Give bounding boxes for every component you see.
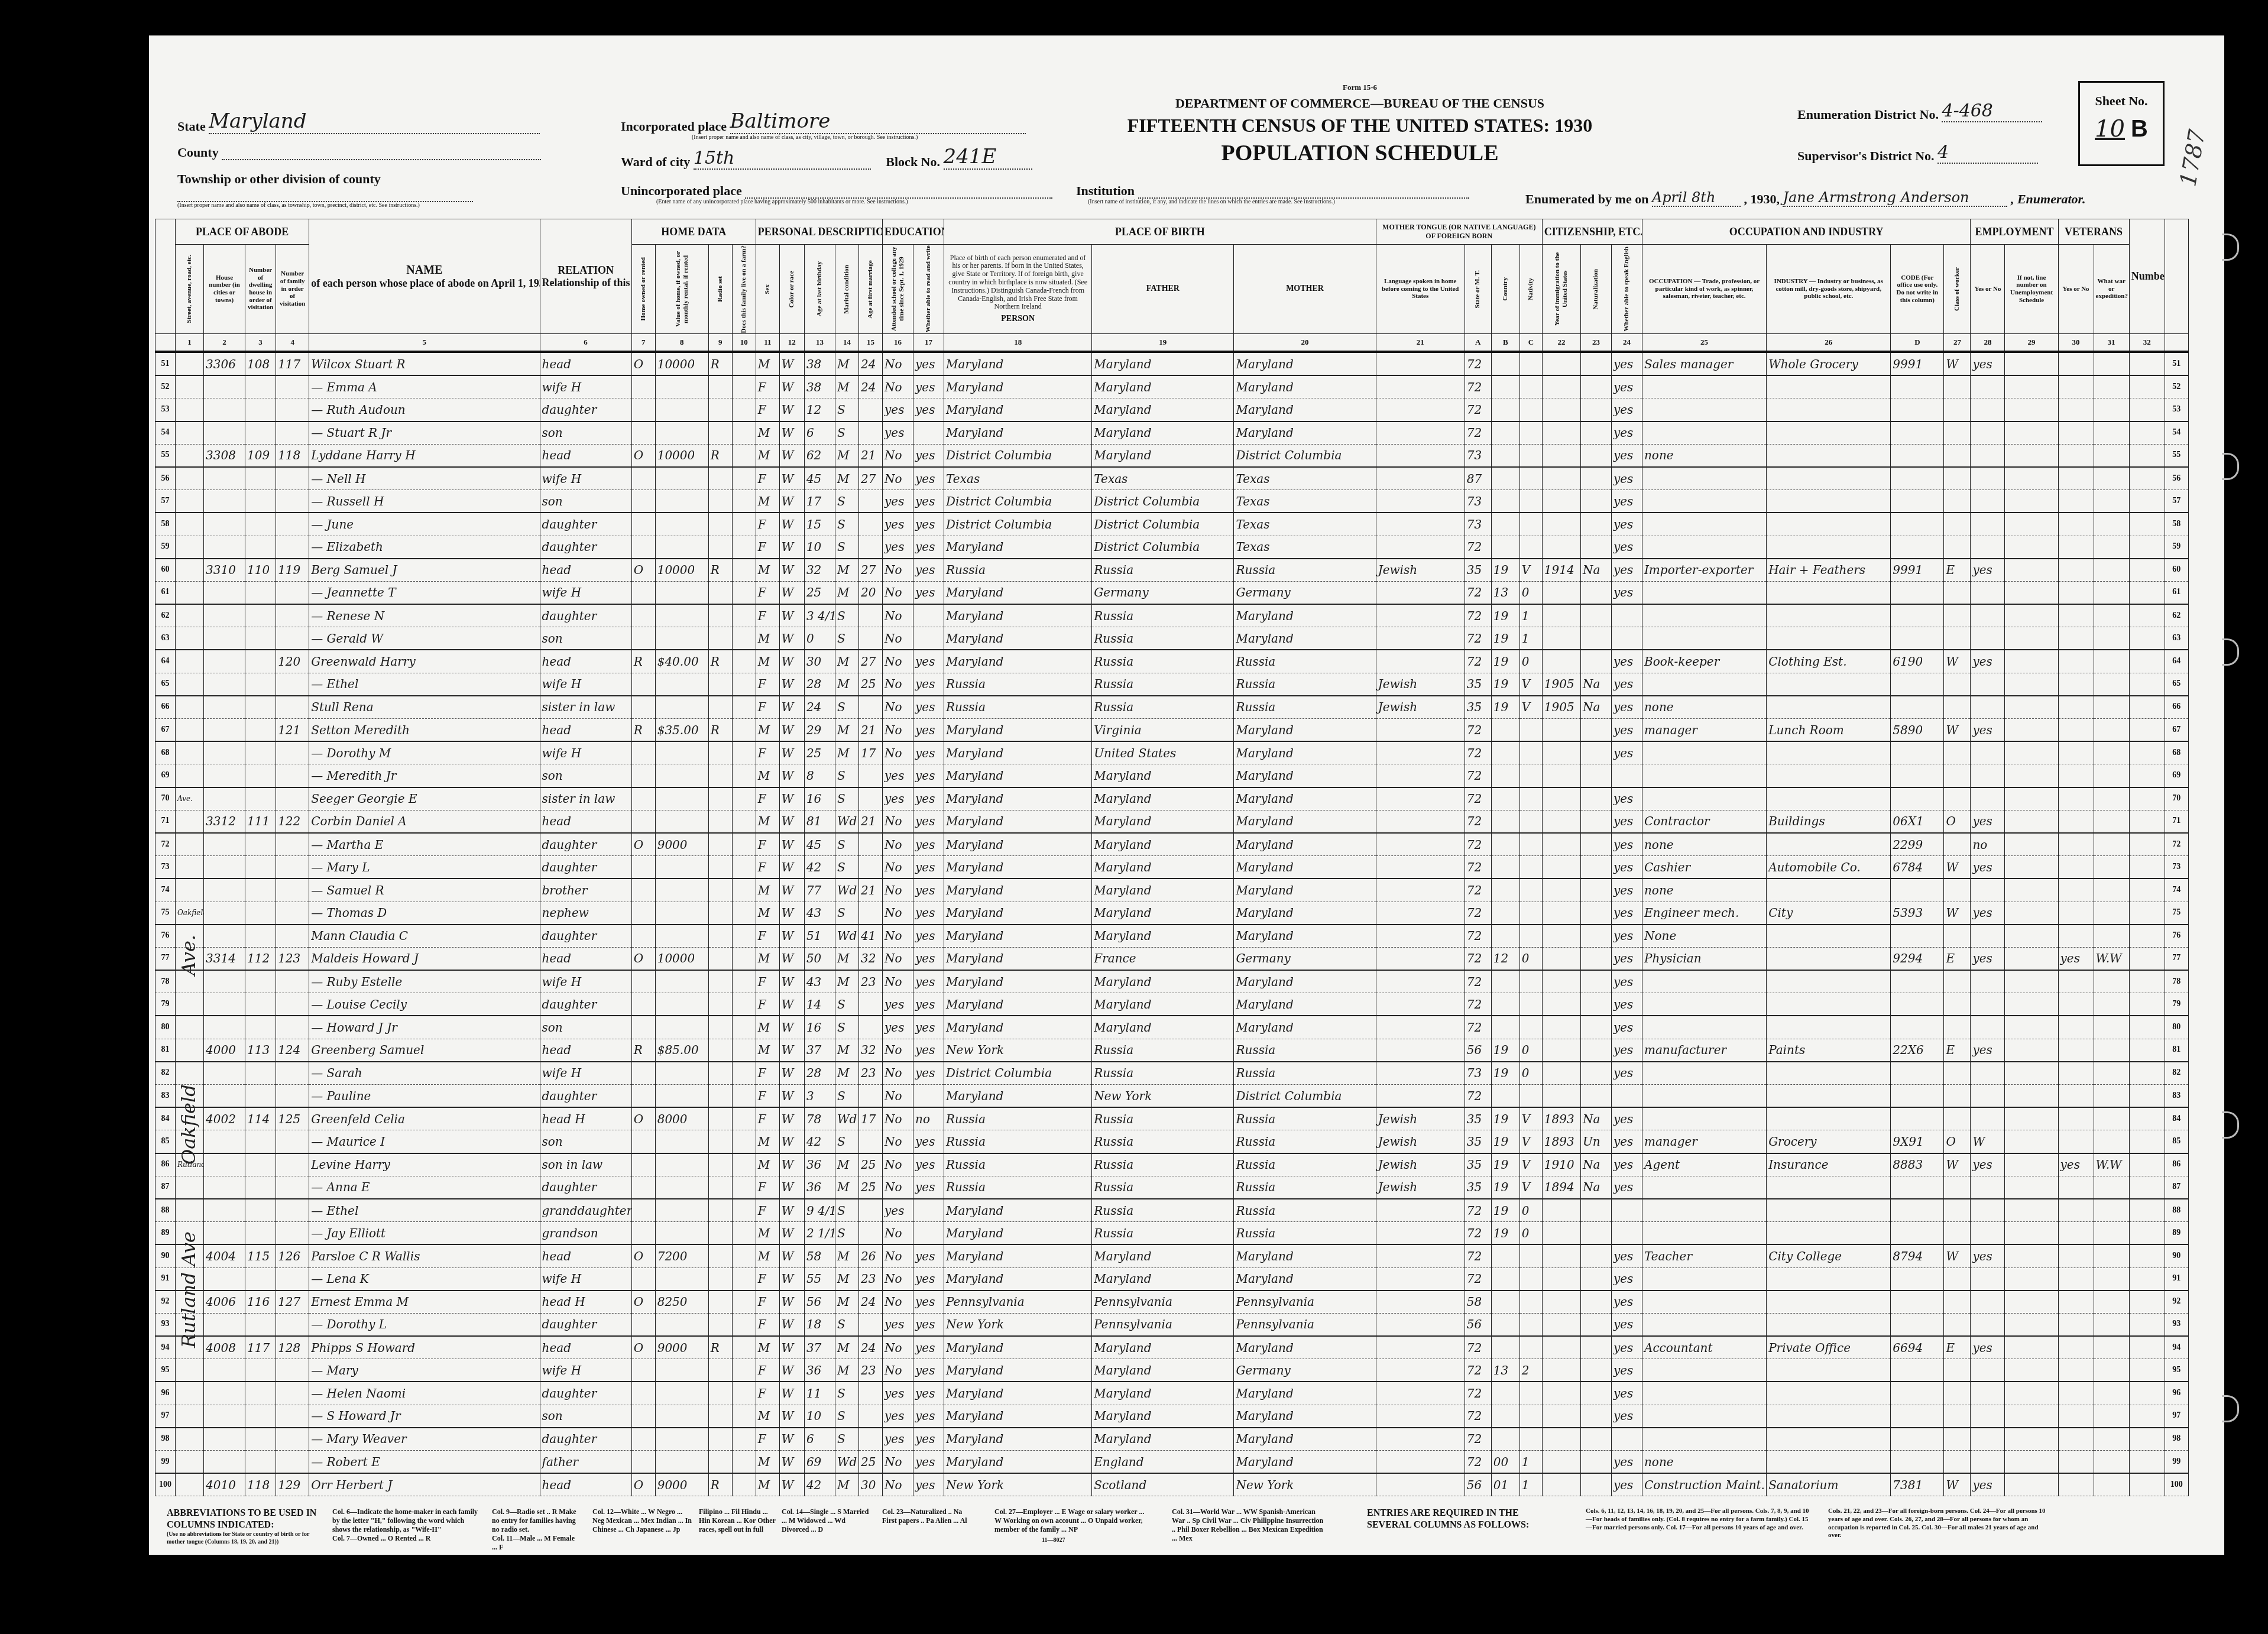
cell-radio xyxy=(708,1244,732,1267)
cell-cC: 0 xyxy=(1519,947,1542,970)
cell-relation: head xyxy=(540,559,631,582)
cell-war xyxy=(2094,993,2129,1016)
cell-owned xyxy=(631,1130,655,1153)
cell-unemp xyxy=(2005,902,2058,925)
column-number: 1 xyxy=(176,334,204,352)
cell-dwelling: 117 xyxy=(245,1336,276,1359)
cell-age-marr xyxy=(858,1199,882,1222)
cell-school: No xyxy=(883,925,913,948)
cell-natur xyxy=(1580,1244,1611,1267)
cell-family: 122 xyxy=(276,810,309,833)
cell-marital: S xyxy=(835,764,858,787)
cell-read: yes xyxy=(913,1130,944,1153)
county-value xyxy=(222,159,541,160)
cell-unemp xyxy=(2005,444,2058,467)
cell-father: Maryland xyxy=(1092,1267,1234,1291)
cell-owned xyxy=(631,696,655,719)
cell-sex: F xyxy=(756,1176,779,1199)
cell-occupation: Engineer mech. xyxy=(1642,902,1766,925)
cell-work xyxy=(1971,1199,2005,1222)
cell-tongue xyxy=(1376,810,1465,833)
cell-value: 10000 xyxy=(655,559,708,582)
cell-immig xyxy=(1542,925,1580,948)
cell-value xyxy=(655,787,708,810)
cell-birth: Maryland xyxy=(944,1199,1092,1222)
column-number: 6 xyxy=(540,334,631,352)
cell-age-marr xyxy=(858,1313,882,1336)
cell-birth: Maryland xyxy=(944,1336,1092,1359)
cell-code xyxy=(1891,1176,1944,1199)
cell-age: 36 xyxy=(804,1176,835,1199)
cell-age: 9 4/12 xyxy=(804,1199,835,1222)
cell-immig xyxy=(1542,764,1580,787)
cell-immig xyxy=(1542,1382,1580,1405)
cell-school: No xyxy=(883,741,913,764)
cell-class: O xyxy=(1944,1130,1971,1153)
cell-read: yes xyxy=(913,1244,944,1267)
line-number-right: 96 xyxy=(2165,1382,2188,1405)
cell-cB xyxy=(1491,1267,1519,1291)
cell-read: yes xyxy=(913,1039,944,1062)
cell-radio xyxy=(708,536,732,559)
cell-class xyxy=(1944,1382,1971,1405)
cell-vet: yes xyxy=(2058,1153,2094,1176)
cell-vet xyxy=(2058,1244,2094,1267)
cell-english: yes xyxy=(1611,444,1642,467)
line-number: 60 xyxy=(155,559,176,582)
cell-marital: M xyxy=(835,1473,858,1496)
cell-cC xyxy=(1519,719,1542,742)
cell-mother: Maryland xyxy=(1234,1016,1376,1039)
cell-street xyxy=(176,352,204,375)
cell-school: No xyxy=(883,1222,913,1245)
cell-value xyxy=(655,1222,708,1245)
cell-vet xyxy=(2058,490,2094,513)
cell-dwelling xyxy=(245,1016,276,1039)
cell-tongue xyxy=(1376,513,1465,536)
cell-cC: 1 xyxy=(1519,604,1542,627)
ward-field: Ward of city 15th Block No. 241E xyxy=(621,145,1032,170)
cell-farm xyxy=(732,1359,756,1382)
cell-owned xyxy=(631,1085,655,1108)
cell-birth: Maryland xyxy=(944,764,1092,787)
cell-age-marr: 26 xyxy=(858,1244,882,1267)
cell-war xyxy=(2094,925,2129,948)
cell-birth: Maryland xyxy=(944,398,1092,422)
cell-work xyxy=(1971,1222,2005,1245)
cell-work xyxy=(1971,970,2005,993)
cell-natur xyxy=(1580,878,1611,902)
title-block: Form 15-6 DEPARTMENT OF COMMERCE—BUREAU … xyxy=(1064,83,1655,166)
cell-unemp xyxy=(2005,398,2058,422)
cell-code xyxy=(1891,993,1944,1016)
cell-owned: O xyxy=(631,1291,655,1314)
state-field: State Maryland xyxy=(177,109,540,134)
line-number-right: 94 xyxy=(2165,1336,2188,1359)
cell-birth: Maryland xyxy=(944,787,1092,810)
group-personal-description: PERSONAL DESCRIPTION xyxy=(756,219,882,245)
column-number: C xyxy=(1519,334,1542,352)
enumerator-name: Jane Armstrong Anderson xyxy=(1783,189,2007,207)
cell-vet xyxy=(2058,604,2094,627)
cell-value: 10000 xyxy=(655,947,708,970)
cell-unemp xyxy=(2005,536,2058,559)
line-number: 56 xyxy=(155,467,176,490)
cell-immig: 1893 xyxy=(1542,1107,1580,1130)
line-number-right: 81 xyxy=(2165,1039,2188,1062)
cell-school: No xyxy=(883,375,913,398)
cell-sex: F xyxy=(756,1085,779,1108)
cell-radio xyxy=(708,467,732,490)
cell-age-marr xyxy=(858,604,882,627)
cell-cA: 72 xyxy=(1465,947,1491,970)
cell-name: — Pauline xyxy=(309,1085,540,1108)
table-row: 75Oakfield— Thomas DnephewMW43SNoyesMary… xyxy=(155,902,2189,925)
cell-race: W xyxy=(779,947,804,970)
cell-relation: son xyxy=(540,764,631,787)
cell-cB xyxy=(1491,993,1519,1016)
punch-hole xyxy=(2222,1395,2239,1422)
cell-sex: M xyxy=(756,650,779,673)
cell-cB: 19 xyxy=(1491,1176,1519,1199)
cell-birth: Maryland xyxy=(944,878,1092,902)
cell-farm xyxy=(732,696,756,719)
cell-name: Mann Claudia C xyxy=(309,925,540,948)
cell-class: E xyxy=(1944,559,1971,582)
cell-farm xyxy=(732,513,756,536)
cell-cA: 72 xyxy=(1465,398,1491,422)
cell-read: yes xyxy=(913,856,944,879)
cell-unemp xyxy=(2005,925,2058,948)
line-number: 65 xyxy=(155,673,176,696)
cell-age-marr: 32 xyxy=(858,1039,882,1062)
cell-marital: Wd xyxy=(835,810,858,833)
column-number: 31 xyxy=(2094,334,2129,352)
cell-code xyxy=(1891,1359,1944,1382)
line-number-right: 56 xyxy=(2165,467,2188,490)
cell-industry xyxy=(1767,993,1891,1016)
cell-owned xyxy=(631,581,655,604)
punch-hole xyxy=(2222,1111,2239,1139)
cell-unemp xyxy=(2005,1130,2058,1153)
cell-english xyxy=(1611,627,1642,650)
cell-class xyxy=(1944,422,1971,445)
cell-age-marr xyxy=(858,902,882,925)
cell-farm xyxy=(732,1130,756,1153)
cell-age-marr xyxy=(858,696,882,719)
cell-natur xyxy=(1580,902,1611,925)
cell-work: yes xyxy=(1971,1336,2005,1359)
cell-industry xyxy=(1767,375,1891,398)
cell-immig xyxy=(1542,1062,1580,1085)
group-place-of-abode: PLACE OF ABODE xyxy=(176,219,309,245)
cell-natur xyxy=(1580,1336,1611,1359)
cell-age-marr: 21 xyxy=(858,719,882,742)
cell-school: No xyxy=(883,581,913,604)
cell-cC xyxy=(1519,352,1542,375)
cell-house xyxy=(204,1359,245,1382)
cell-cA: 72 xyxy=(1465,604,1491,627)
cell-owned xyxy=(631,1313,655,1336)
cell-birth: Russia xyxy=(944,1107,1092,1130)
cell-farm-schedule xyxy=(2129,696,2165,719)
cell-industry: Clothing Est. xyxy=(1767,650,1891,673)
cell-sex: F xyxy=(756,1267,779,1291)
cell-mother: Russia xyxy=(1234,1222,1376,1245)
cell-cA: 72 xyxy=(1465,856,1491,879)
cell-tongue xyxy=(1376,1359,1465,1382)
cell-school: yes xyxy=(883,1382,913,1405)
cell-value: $35.00 xyxy=(655,719,708,742)
cell-cC xyxy=(1519,467,1542,490)
cell-cA: 72 xyxy=(1465,764,1491,787)
cell-house xyxy=(204,375,245,398)
cell-class xyxy=(1944,1428,1971,1451)
cell-cB: 12 xyxy=(1491,947,1519,970)
cell-tongue xyxy=(1376,1428,1465,1451)
cell-race: W xyxy=(779,1267,804,1291)
cell-name: — Russell H xyxy=(309,490,540,513)
cell-class: W xyxy=(1944,719,1971,742)
cell-age: 81 xyxy=(804,810,835,833)
cell-house xyxy=(204,650,245,673)
cell-age-marr: 24 xyxy=(858,1291,882,1314)
cell-age: 36 xyxy=(804,1153,835,1176)
table-row: 70Ave.Seeger Georgie Esister in lawFW16S… xyxy=(155,787,2189,810)
cell-relation: daughter xyxy=(540,536,631,559)
cell-age: 2 1/12 xyxy=(804,1222,835,1245)
cell-vet xyxy=(2058,856,2094,879)
line-number: 91 xyxy=(155,1267,176,1291)
cell-mother: District Columbia xyxy=(1234,444,1376,467)
cell-war xyxy=(2094,696,2129,719)
cell-natur xyxy=(1580,719,1611,742)
cell-radio xyxy=(708,1405,732,1428)
cell-unemp xyxy=(2005,833,2058,856)
cell-value xyxy=(655,1405,708,1428)
cell-age-marr xyxy=(858,993,882,1016)
cell-work xyxy=(1971,764,2005,787)
cell-cC xyxy=(1519,856,1542,879)
cell-sex: M xyxy=(756,1039,779,1062)
cell-class xyxy=(1944,1016,1971,1039)
cell-industry xyxy=(1767,1313,1891,1336)
table-row: 72— Martha EdaughterO9000FW45SNoyesMaryl… xyxy=(155,833,2189,856)
cell-race: W xyxy=(779,422,804,445)
cell-race: W xyxy=(779,1107,804,1130)
cell-english: yes xyxy=(1611,1267,1642,1291)
line-number-right: 95 xyxy=(2165,1359,2188,1382)
cell-cA: 35 xyxy=(1465,1130,1491,1153)
cell-radio xyxy=(708,1130,732,1153)
cell-family xyxy=(276,1153,309,1176)
cell-occupation: Cashier xyxy=(1642,856,1766,879)
cell-race: W xyxy=(779,1428,804,1451)
cell-marital: S xyxy=(835,1313,858,1336)
cell-war xyxy=(2094,1016,2129,1039)
cell-cB xyxy=(1491,467,1519,490)
cell-farm xyxy=(732,993,756,1016)
cell-tongue xyxy=(1376,1405,1465,1428)
column-number: 17 xyxy=(913,334,944,352)
cell-family xyxy=(276,375,309,398)
enumeration-district-field: Enumeration District No. 4-468 xyxy=(1797,100,2042,122)
cell-value: 8250 xyxy=(655,1291,708,1314)
cell-relation: daughter xyxy=(540,993,631,1016)
cell-age: 42 xyxy=(804,1473,835,1496)
cell-unemp xyxy=(2005,1085,2058,1108)
cell-vet xyxy=(2058,1039,2094,1062)
cell-school: yes xyxy=(883,1428,913,1451)
cell-class: O xyxy=(1944,810,1971,833)
cell-unemp xyxy=(2005,970,2058,993)
cell-value xyxy=(655,673,708,696)
cell-english: yes xyxy=(1611,1451,1642,1474)
column-number: 23 xyxy=(1580,334,1611,352)
cell-relation: granddaughter xyxy=(540,1199,631,1222)
cell-name: — Sarah xyxy=(309,1062,540,1085)
cell-war xyxy=(2094,810,2129,833)
cell-mother: Maryland xyxy=(1234,810,1376,833)
line-number-right: 73 xyxy=(2165,856,2188,879)
cell-english xyxy=(1611,1085,1642,1108)
cell-relation: wife H xyxy=(540,741,631,764)
cell-tongue xyxy=(1376,444,1465,467)
cell-relation: head xyxy=(540,1244,631,1267)
cell-farm-schedule xyxy=(2129,604,2165,627)
cell-industry xyxy=(1767,1382,1891,1405)
cell-mother: Russia xyxy=(1234,696,1376,719)
group-citizenship: CITIZENSHIP, ETC. xyxy=(1542,219,1642,245)
cell-value xyxy=(655,1016,708,1039)
cell-dwelling xyxy=(245,833,276,856)
cell-war xyxy=(2094,1267,2129,1291)
line-number: 86 xyxy=(155,1153,176,1176)
cell-age: 38 xyxy=(804,352,835,375)
cell-owned xyxy=(631,1153,655,1176)
cell-age: 51 xyxy=(804,925,835,948)
cell-house xyxy=(204,1016,245,1039)
cell-cC xyxy=(1519,490,1542,513)
cell-read: yes xyxy=(913,536,944,559)
cell-war xyxy=(2094,970,2129,993)
cell-read: no xyxy=(913,1107,944,1130)
cell-age: 43 xyxy=(804,970,835,993)
cell-race: W xyxy=(779,878,804,902)
cell-sex: F xyxy=(756,970,779,993)
cell-cC xyxy=(1519,810,1542,833)
cell-school: No xyxy=(883,1085,913,1108)
cell-school: No xyxy=(883,947,913,970)
cell-cB: 13 xyxy=(1491,1359,1519,1382)
cell-immig: 1893 xyxy=(1542,1130,1580,1153)
cell-race: W xyxy=(779,764,804,787)
cell-english: yes xyxy=(1611,902,1642,925)
cell-cC xyxy=(1519,1428,1542,1451)
column-number: 32 xyxy=(2129,334,2165,352)
line-number: 74 xyxy=(155,878,176,902)
cell-immig xyxy=(1542,1451,1580,1474)
cell-value xyxy=(655,902,708,925)
cell-birth: Maryland xyxy=(944,581,1092,604)
cell-owned xyxy=(631,375,655,398)
cell-cA: 72 xyxy=(1465,1244,1491,1267)
cell-birth: Maryland xyxy=(944,1428,1092,1451)
cell-natur xyxy=(1580,833,1611,856)
line-number-right: 93 xyxy=(2165,1313,2188,1336)
cell-natur xyxy=(1580,352,1611,375)
cell-house: 4000 xyxy=(204,1039,245,1062)
cell-read: yes xyxy=(913,444,944,467)
cell-code: 8883 xyxy=(1891,1153,1944,1176)
cell-age-marr: 25 xyxy=(858,1153,882,1176)
cell-owned: O xyxy=(631,947,655,970)
cell-owned xyxy=(631,1267,655,1291)
cell-natur xyxy=(1580,467,1611,490)
cell-farm-schedule xyxy=(2129,810,2165,833)
cell-read: yes xyxy=(913,902,944,925)
cell-class xyxy=(1944,787,1971,810)
cell-race: W xyxy=(779,741,804,764)
line-number-right: 61 xyxy=(2165,581,2188,604)
cell-code xyxy=(1891,764,1944,787)
cell-race: W xyxy=(779,1473,804,1496)
cell-birth: Maryland xyxy=(944,970,1092,993)
cell-english: yes xyxy=(1611,375,1642,398)
cell-immig xyxy=(1542,878,1580,902)
cell-cB xyxy=(1491,902,1519,925)
cell-radio xyxy=(708,1062,732,1085)
cell-cA: 72 xyxy=(1465,422,1491,445)
cell-unemp xyxy=(2005,1039,2058,1062)
cell-cC xyxy=(1519,833,1542,856)
cell-cA: 73 xyxy=(1465,513,1491,536)
cell-cB: 19 xyxy=(1491,1039,1519,1062)
cell-birth: Maryland xyxy=(944,993,1092,1016)
cell-marital: S xyxy=(835,902,858,925)
cell-owned xyxy=(631,970,655,993)
cell-marital: S xyxy=(835,696,858,719)
cell-cC: 0 xyxy=(1519,1039,1542,1062)
cell-street xyxy=(176,993,204,1016)
cell-marital: M xyxy=(835,947,858,970)
cell-farm xyxy=(732,741,756,764)
cell-cA: 87 xyxy=(1465,467,1491,490)
cell-radio: R xyxy=(708,444,732,467)
cell-unemp xyxy=(2005,1153,2058,1176)
cell-war xyxy=(2094,764,2129,787)
cell-industry xyxy=(1767,947,1891,970)
cell-occupation: manufacturer xyxy=(1642,1039,1766,1062)
cell-war xyxy=(2094,878,2129,902)
cell-race: W xyxy=(779,490,804,513)
cell-school: yes xyxy=(883,536,913,559)
cell-sex: M xyxy=(756,1473,779,1496)
table-row: 82— Sarahwife HFW28M23NoyesDistrict Colu… xyxy=(155,1062,2189,1085)
cell-work: yes xyxy=(1971,719,2005,742)
cell-vet xyxy=(2058,1451,2094,1474)
cell-cB: 19 xyxy=(1491,1107,1519,1130)
column-number: D xyxy=(1891,334,1944,352)
line-number-right: 79 xyxy=(2165,993,2188,1016)
cell-owned xyxy=(631,1062,655,1085)
cell-relation: wife H xyxy=(540,673,631,696)
cell-dwelling xyxy=(245,993,276,1016)
cell-unemp xyxy=(2005,1313,2058,1336)
cell-mother: Russia xyxy=(1234,1199,1376,1222)
cell-marital: M xyxy=(835,1039,858,1062)
cell-natur xyxy=(1580,444,1611,467)
